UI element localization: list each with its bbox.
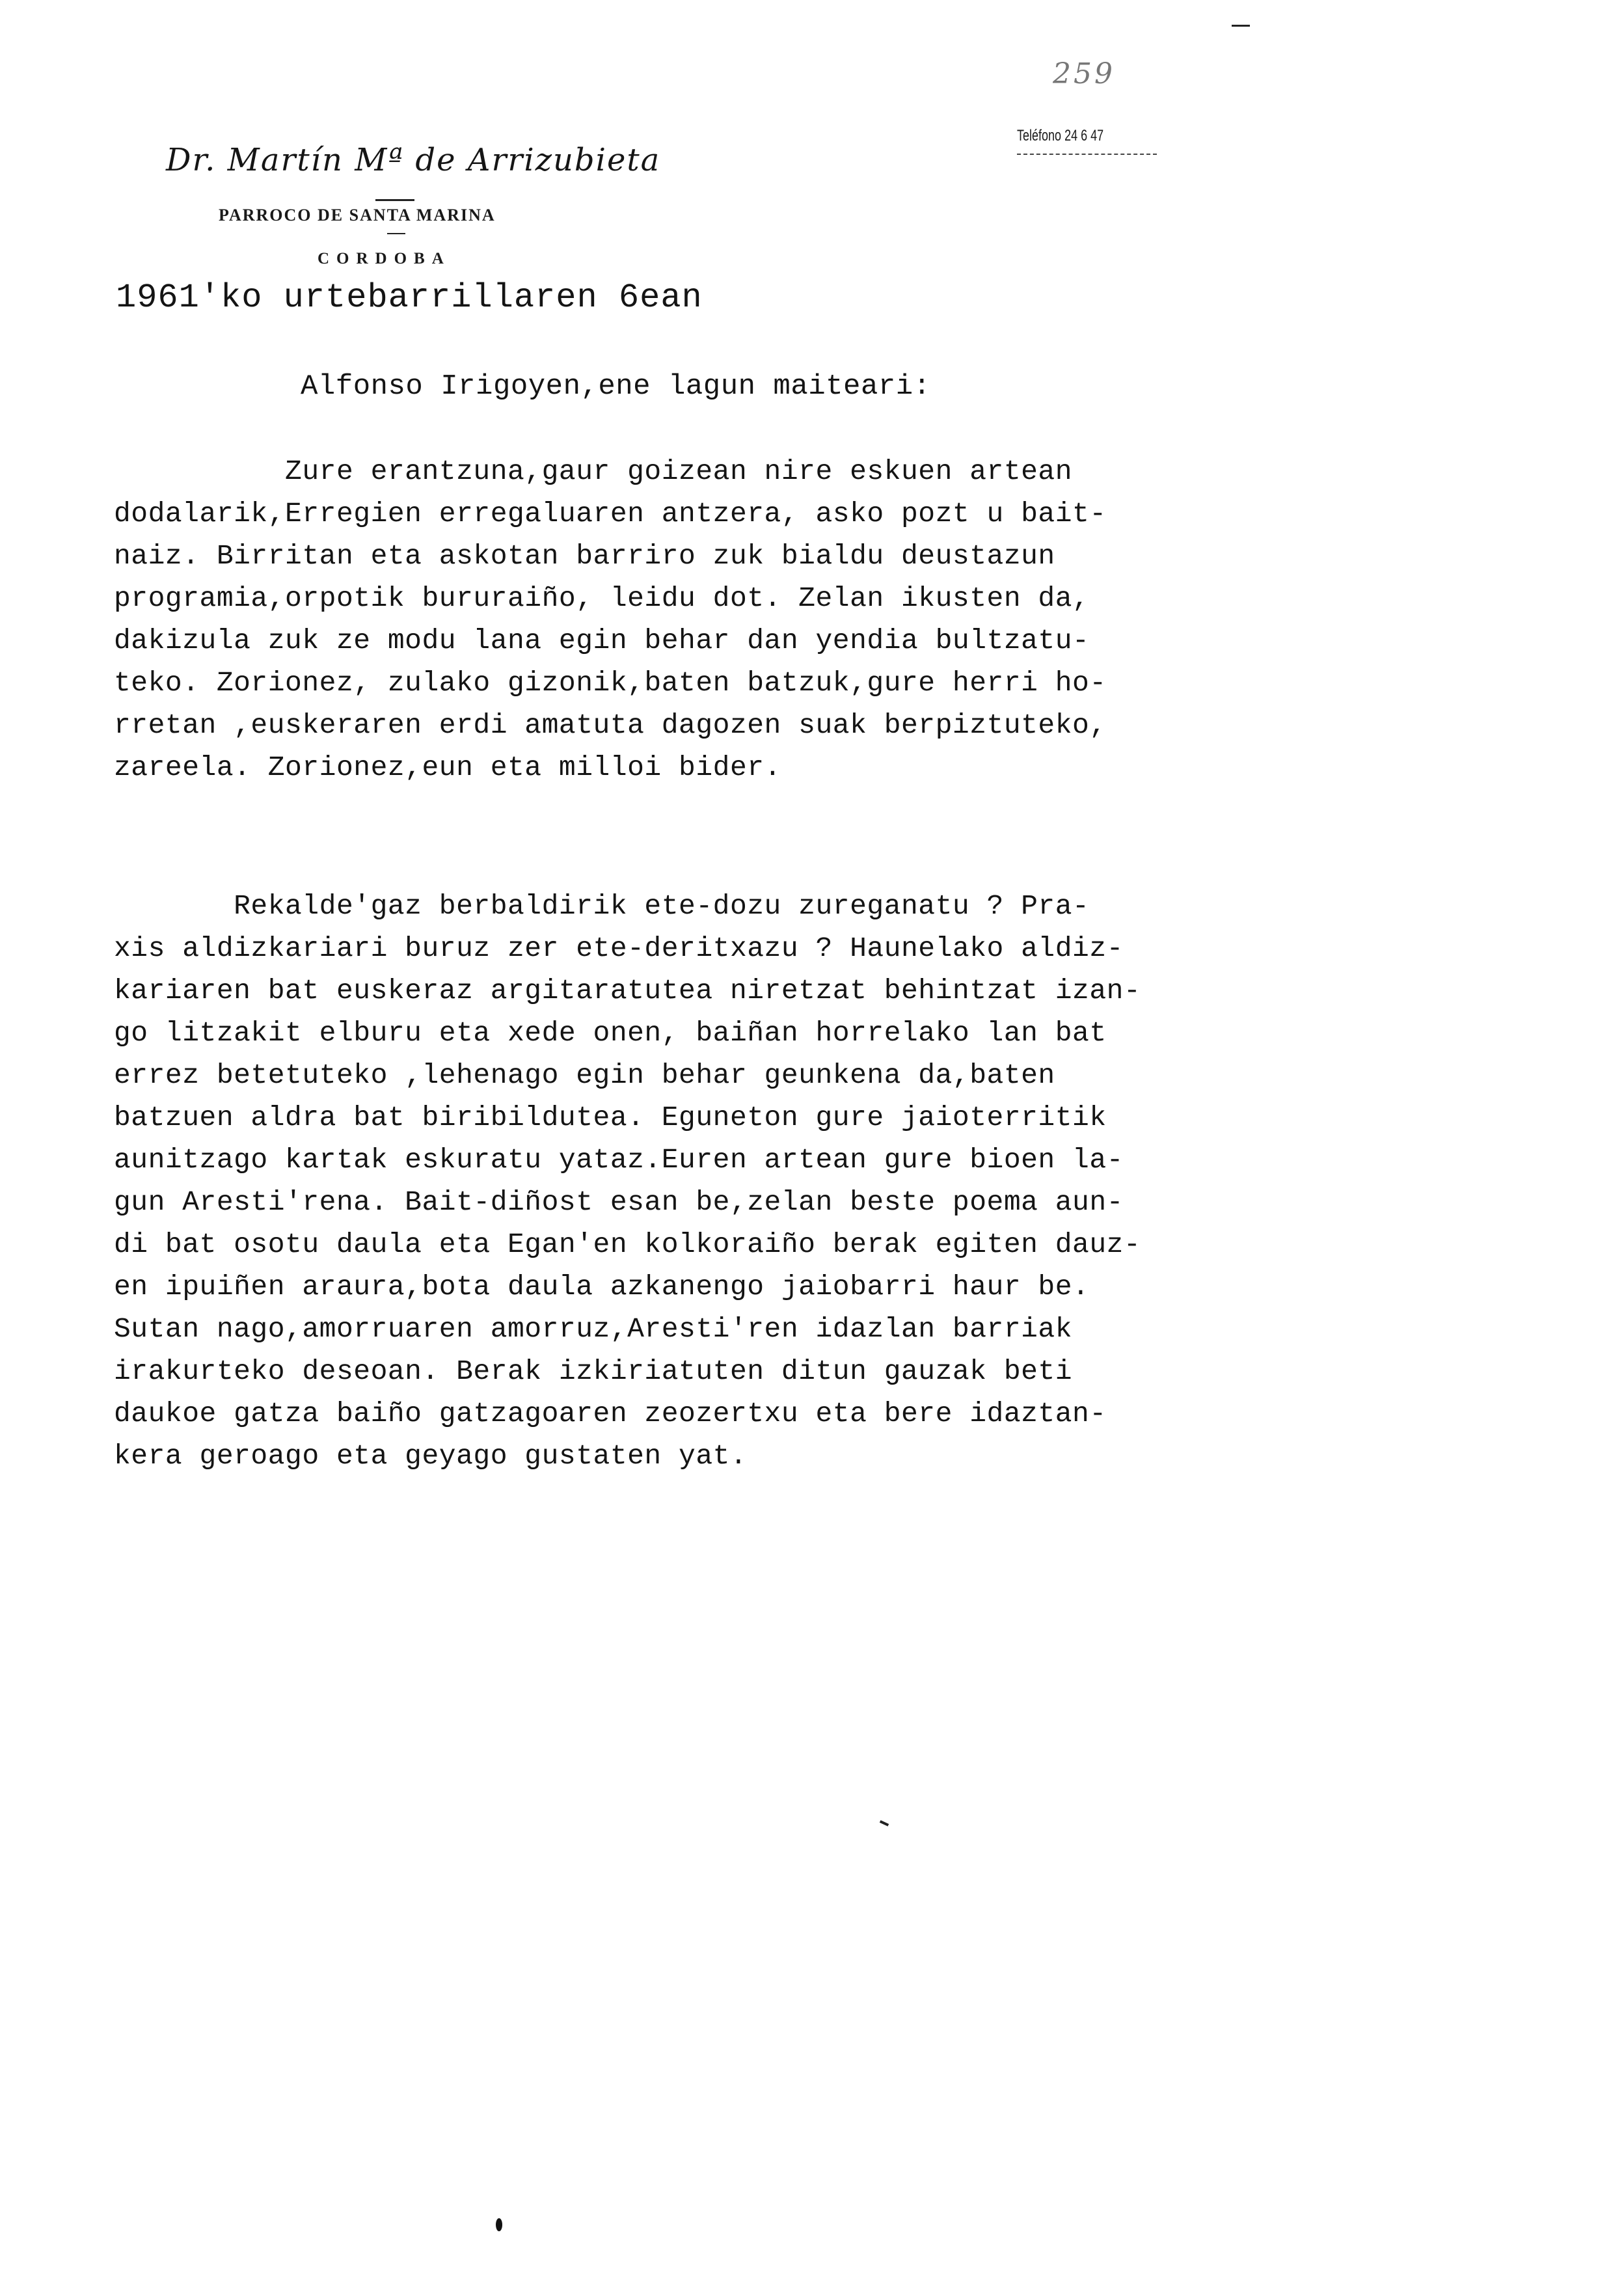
letter-line: go litzakit elburu eta xede onen, baiñan… [114, 1017, 1107, 1049]
letter-line: gun Aresti'rena. Bait-diñost esan be,zel… [114, 1186, 1124, 1218]
letter-line: dakizula zuk ze modu lana egin behar dan… [114, 625, 1089, 657]
letter-line: batzuen aldra bat biribildutea. Eguneton… [114, 1102, 1107, 1134]
corner-mark [1232, 25, 1250, 27]
letter-line: programia,orpotik bururaiño, leidu dot. … [114, 582, 1089, 614]
letter-line: rretan ,euskeraren erdi amatuta dagozen … [114, 709, 1107, 741]
handwritten-reference-number: 259 [1053, 57, 1115, 90]
phone-underline [1017, 154, 1157, 155]
letterhead-parish: PARROCO DE SANTA MARINA [219, 206, 496, 225]
letterhead-divider [375, 199, 414, 201]
letter-line: kera geroago eta geyago gustaten yat. [114, 1440, 747, 1472]
letter-line: irakurteko deseoan. Berak izkiriatuten d… [114, 1355, 1072, 1387]
letter-line: aunitzago kartak eskuratu yataz.Euren ar… [114, 1144, 1124, 1176]
letter-line: xis aldizkariari buruz zer ete-deritxazu… [114, 932, 1124, 964]
letter-salutation: Alfonso Irigoyen,ene lagun maiteari: [301, 370, 931, 403]
letter-line: teko. Zorionez, zulako gizonik,baten bat… [114, 667, 1107, 699]
letter-line: dodalarik,Erregien erregaluaren antzera,… [114, 498, 1107, 530]
letter-line: naiz. Birritan eta askotan barriro zuk b… [114, 540, 1055, 572]
letter-line: Rekalde'gaz berbaldirik ete-dozu zuregan… [114, 890, 1089, 922]
letter-line: di bat osotu daula eta Egan'en kolkoraiñ… [114, 1229, 1141, 1260]
stray-mark [880, 1820, 889, 1827]
phone-number: 24 6 47 [1064, 127, 1103, 144]
letterhead-city: CORDOBA [318, 250, 451, 268]
letter-line: zareela. Zorionez,eun eta milloi bider. [114, 752, 781, 783]
letter-line: Zure erantzuna,gaur goizean nire eskuen … [114, 455, 1072, 487]
ink-dot [496, 2218, 502, 2231]
letter-page: 259 Dr. Martín Mª de Arrizubieta PARROCO… [0, 0, 1624, 2282]
letterhead-phone: Teléfono 24 6 47 [1017, 127, 1103, 145]
letter-line: daukoe gatza baiño gatzagoaren zeozertxu… [114, 1398, 1107, 1430]
letter-line: kariaren bat euskeraz argitaratutea nire… [114, 975, 1141, 1007]
letter-line: Sutan nago,amorruaren amorruz,Aresti'ren… [114, 1313, 1072, 1345]
letter-date: 1961'ko urtebarrillaren 6ean [116, 278, 703, 317]
letter-line: errez betetuteko ,lehenago egin behar ge… [114, 1059, 1055, 1091]
phone-label: Teléfono [1017, 127, 1061, 144]
letterhead-divider [387, 233, 405, 234]
letter-line: en ipuiñen araura,bota daula azkanengo j… [114, 1271, 1089, 1303]
letterhead-name: Dr. Martín Mª de Arrizubieta [166, 142, 660, 178]
